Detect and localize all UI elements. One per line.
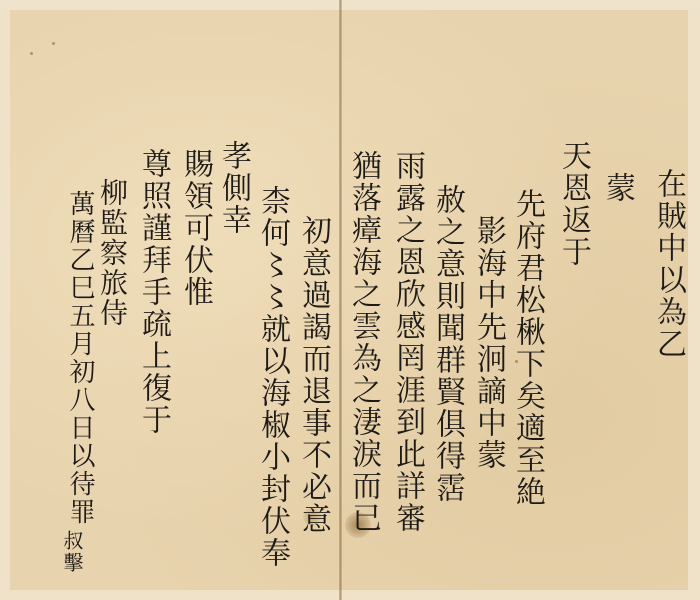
text-column: 初意過謁而退事不必意 <box>298 215 328 535</box>
text-column: 赦之意則聞群賢俱得霑 <box>432 184 462 504</box>
paper-border <box>0 0 700 10</box>
text-column: 尊照謹拜手疏上復于 <box>138 148 168 436</box>
text-column: 影海中先泂謫中蒙 <box>473 215 503 471</box>
text-column: 先府君松楸下矣適至絶 <box>512 188 542 508</box>
text-column: 蒙 <box>602 172 632 204</box>
text-column: 柳監察旅侍 <box>98 178 126 328</box>
speck <box>30 52 33 55</box>
text-column: 柰何〻〻就以海椒小封伏奉 <box>257 185 287 569</box>
text-column: 叔擊 <box>62 530 82 574</box>
text-column: 雨露之恩欣感罔涯到此詳審 <box>392 150 422 534</box>
text-column: 孝側幸 <box>218 140 248 236</box>
center-fold-line <box>339 0 342 600</box>
text-column: 在賊中以為乙 <box>653 168 683 360</box>
text-column: 賜領可伏惟 <box>180 148 210 308</box>
text-column: 猶落瘴海之雲為之淒淚而已 <box>348 150 378 534</box>
text-column: 天恩返于 <box>558 140 588 268</box>
speck <box>52 42 55 45</box>
text-column: 萬曆乙巳五月初八日以待罪 <box>67 190 93 526</box>
